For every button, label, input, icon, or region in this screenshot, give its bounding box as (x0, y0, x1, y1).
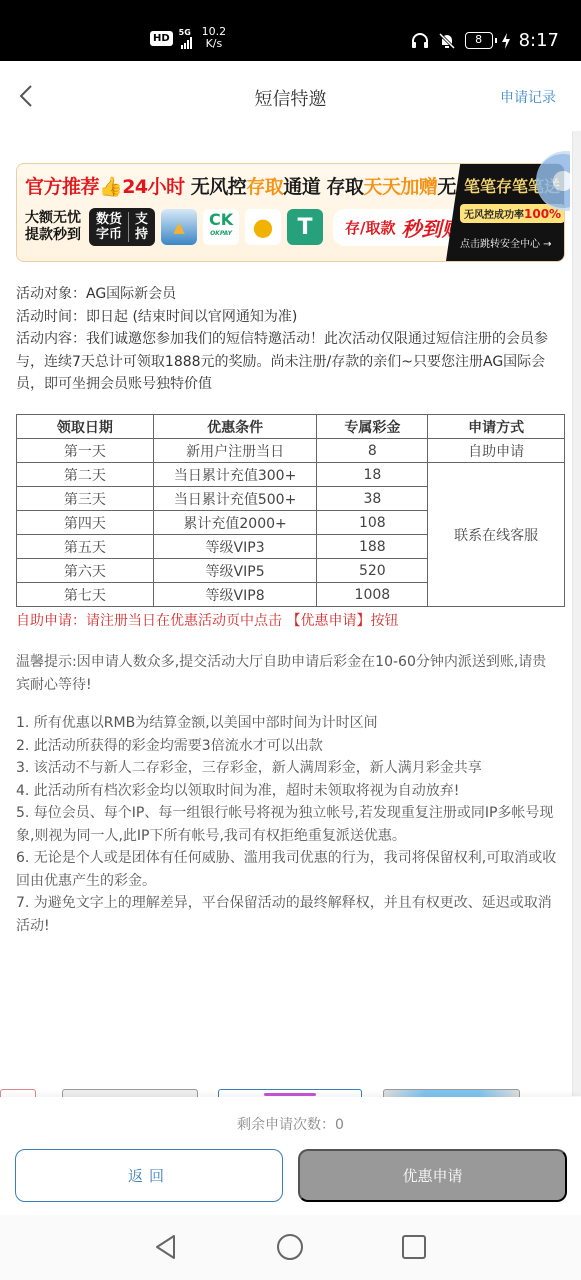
rule-item: 7. 为避免文字上的理解差异，平台保留活动的最终解释权，并且有权更改、延迟或取消… (16, 892, 561, 937)
apply-records-link[interactable]: 申请记录 (500, 87, 556, 107)
okpay-logo-icon: CKOKPAY (203, 209, 239, 245)
contact-support-cell: 联系在线客服 (428, 463, 565, 607)
security-center-link[interactable]: 点击跳转安全中心 → (460, 235, 552, 250)
signal-icon: 5G (179, 28, 192, 49)
page-title: 短信特邀 (0, 85, 581, 111)
bottom-action-panel: 剩余申请次数：0 返回 优惠申请 (0, 1097, 581, 1215)
table-header-row: 领取日期 优惠条件 专属彩金 申请方式 (17, 415, 565, 439)
self-apply-note: 自助申请：请注册当日在优惠活动页中点击 【优惠申请】按钮 (16, 610, 398, 630)
mute-bell-icon (438, 32, 456, 50)
clock: 8:17 (519, 30, 559, 51)
app-header: 短信特邀 申请记录 (0, 61, 581, 131)
wallet-app-logo-icon: ▲ (161, 209, 197, 245)
banner-headline: 官方推荐👍24小时 无风控存取通道 存取天天加赠无上限 (25, 172, 493, 199)
content-scroll-area[interactable]: 官方推荐👍24小时 无风控存取通道 存取天天加赠无上限 大额无忧 提款秒到 数货… (0, 131, 570, 1096)
back-button[interactable]: 返回 (15, 1149, 283, 1202)
net-speed: 10.2 K/s (202, 26, 227, 50)
nav-recents-icon[interactable] (400, 1233, 428, 1261)
nav-back-icon[interactable] (152, 1233, 180, 1261)
rule-item: 4. 此活动所有档次彩金均以领取时间为准，超时未领取将视为自动放弃! (16, 780, 561, 803)
system-nav-bar (0, 1215, 581, 1280)
rule-item: 2. 此活动所获得的彩金均需要3倍流水才可以出款 (16, 735, 561, 758)
battery-icon: 8 (465, 32, 493, 49)
remaining-applications: 剩余申请次数：0 (0, 1114, 581, 1134)
rules-list: 1. 所有优惠以RMB为结算金额,以美国中部时间为计时区间 2. 此活动所获得的… (16, 712, 561, 937)
apply-bonus-button[interactable]: 优惠申请 (298, 1149, 567, 1202)
promo-banner[interactable]: 官方推荐👍24小时 无风控存取通道 存取天天加赠无上限 大额无忧 提款秒到 数货… (16, 163, 565, 262)
rule-item: 6. 无论是个人或是团体有任何威胁、滥用我司优惠的行为，我司将保留权利,可取消或… (16, 847, 561, 892)
crypto-support-badge: 数货 字币 支 持 (89, 208, 155, 246)
thumbs-up-icon: 👍 (99, 176, 122, 198)
table-row: 第二天当日累计充值300+18 联系在线客服 (17, 463, 565, 487)
table-row: 第一天新用户注册当日8自助申请 (17, 439, 565, 463)
activity-info: 活动对象：AG国际新会员 活动时间：即日起 (结束时间以官网通知为准) 活动内容… (16, 283, 556, 396)
rule-item: 1. 所有优惠以RMB为结算金额,以美国中部时间为计时区间 (16, 712, 561, 735)
warm-tip: 温馨提示:因申请人数众多,提交活动大厅自助申请后彩金在10-60分钟内派送到账,… (16, 651, 556, 696)
nav-home-icon[interactable] (276, 1233, 304, 1261)
bonus-table: 领取日期 优惠条件 专属彩金 申请方式 第一天新用户注册当日8自助申请 第二天当… (16, 414, 565, 607)
charging-icon (502, 33, 510, 49)
status-bar: HD 5G 10.2 K/s 8 8:17 (0, 0, 581, 61)
rule-item: 3. 该活动不与新人二存彩金，三存彩金，新人满周彩金，新人满月彩金共享 (16, 757, 561, 780)
rule-item: 5. 每位会员、每个IP、每一组银行帐号将视为独立帐号,若发现重复注册或同IP多… (16, 802, 561, 847)
banner-tagline: 大额无忧 提款秒到 (25, 210, 83, 244)
hd-icon: HD (150, 31, 173, 46)
headphones-icon (411, 32, 429, 50)
gold-coin-logo-icon: ● (245, 209, 281, 245)
tether-logo-icon: T (287, 209, 323, 245)
ad-strip[interactable] (0, 1085, 570, 1097)
scrollbar[interactable] (572, 131, 581, 1096)
